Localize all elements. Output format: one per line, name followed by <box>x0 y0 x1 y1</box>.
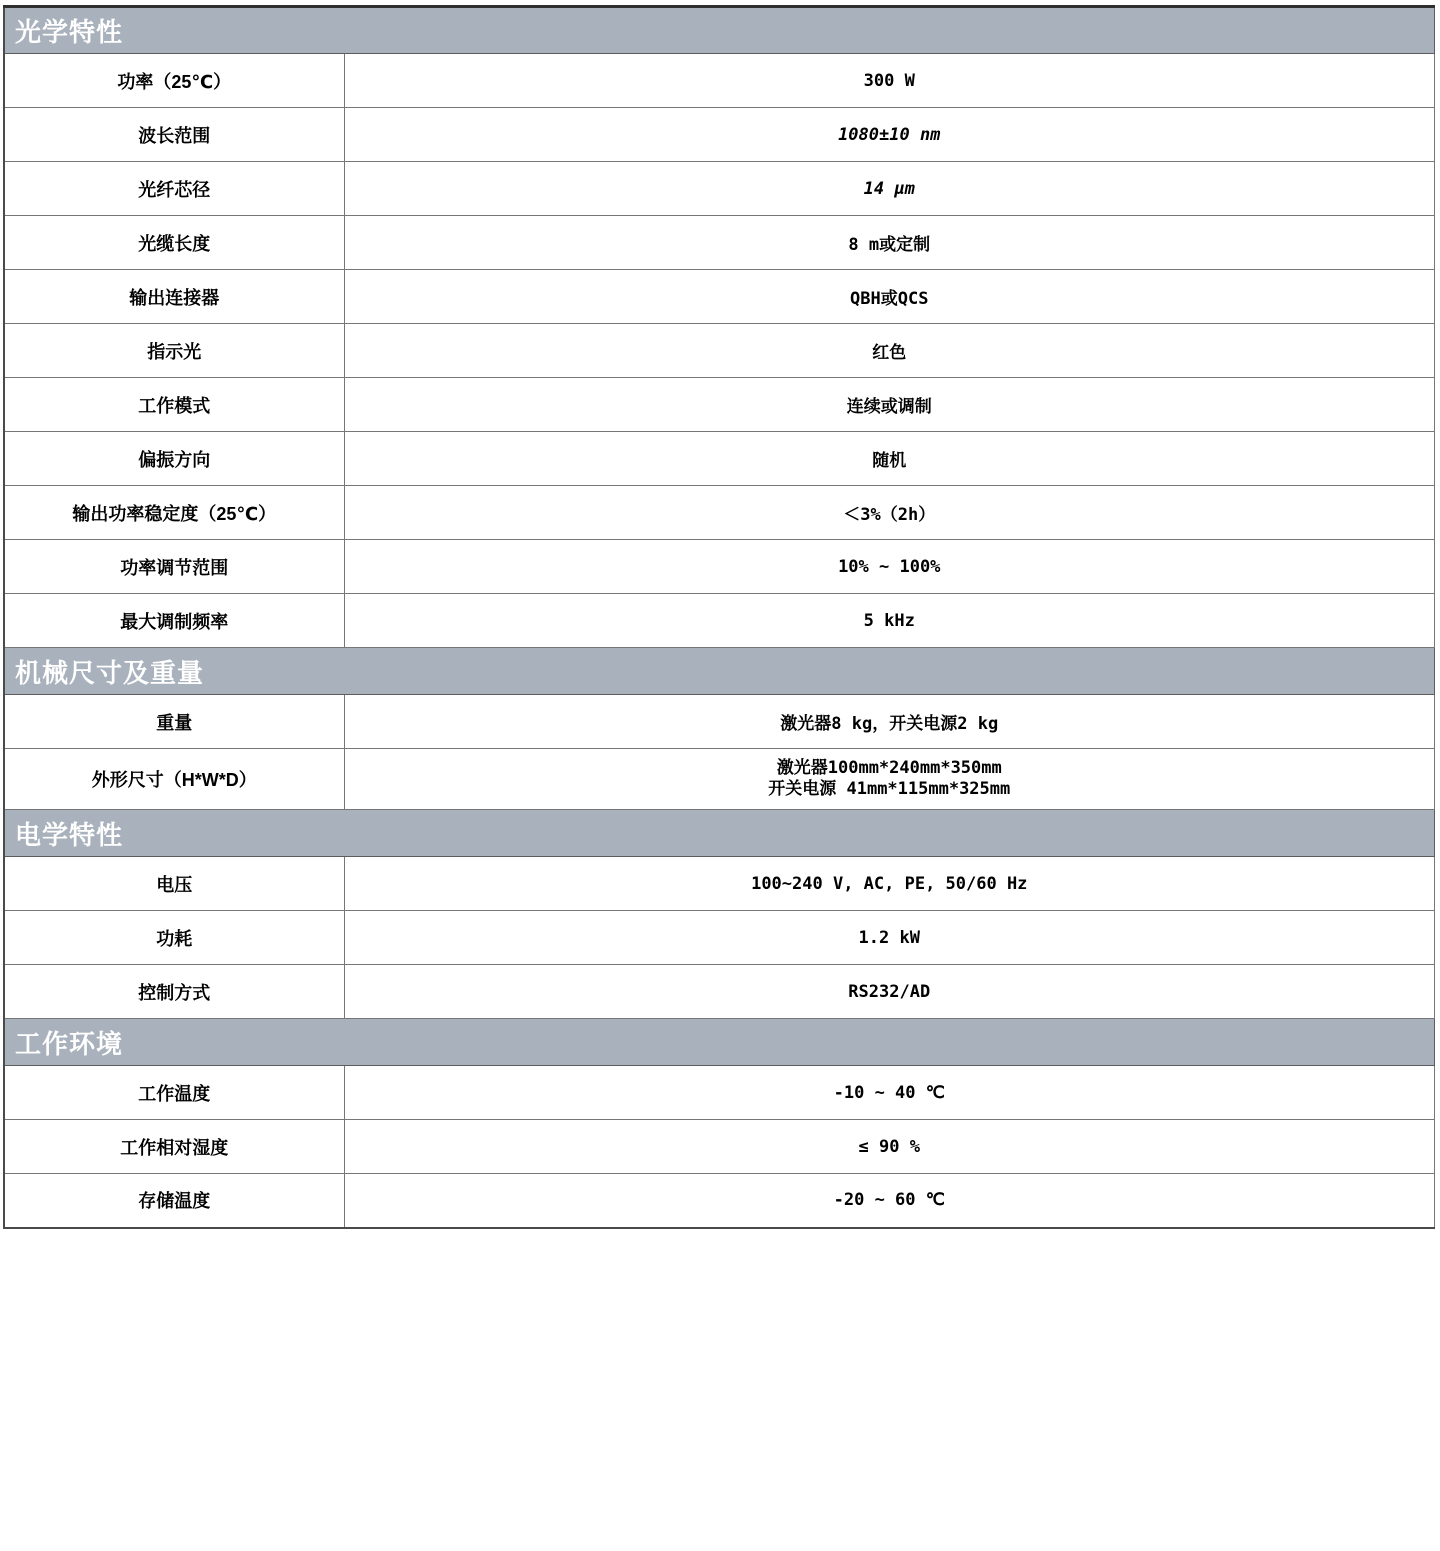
spec-value: ≤ 90 % <box>344 1120 1435 1174</box>
spec-value: RS232/AD <box>344 965 1435 1019</box>
spec-row: 工作温度-10 ~ 40 ℃ <box>4 1066 1435 1120</box>
spec-label: 功耗 <box>4 911 344 965</box>
spec-value-line: 激光器100mm*240mm*350mm <box>345 758 1435 779</box>
spec-value: 8 m或定制 <box>344 216 1435 270</box>
spec-row: 工作模式连续或调制 <box>4 378 1435 432</box>
spec-value: 5 kHz <box>344 594 1435 648</box>
spec-row: 外形尺寸（H*W*D）激光器100mm*240mm*350mm开关电源 41mm… <box>4 749 1435 810</box>
spec-value: 300 W <box>344 54 1435 108</box>
spec-row: 重量激光器8 kg，开关电源2 kg <box>4 695 1435 749</box>
spec-row: 指示光红色 <box>4 324 1435 378</box>
spec-value: 1.2 kW <box>344 911 1435 965</box>
spec-row: 波长范围1080±10 nm <box>4 108 1435 162</box>
spec-value: QBH或QCS <box>344 270 1435 324</box>
section-header: 机械尺寸及重量 <box>4 648 1435 695</box>
spec-value: 红色 <box>344 324 1435 378</box>
spec-label: 控制方式 <box>4 965 344 1019</box>
spec-label: 外形尺寸（H*W*D） <box>4 749 344 810</box>
spec-table-body: 光学特性功率（25℃）300 W波长范围1080±10 nm光纤芯径14 μm光… <box>4 7 1435 1228</box>
spec-label: 电压 <box>4 857 344 911</box>
spec-label: 偏振方向 <box>4 432 344 486</box>
section-row: 电学特性 <box>4 810 1435 857</box>
spec-row: 功耗1.2 kW <box>4 911 1435 965</box>
spec-value: 100~240 V, AC, PE, 50/60 Hz <box>344 857 1435 911</box>
section-header: 电学特性 <box>4 810 1435 857</box>
spec-row: 最大调制频率5 kHz <box>4 594 1435 648</box>
spec-row: 功率（25℃）300 W <box>4 54 1435 108</box>
spec-label: 功率（25℃） <box>4 54 344 108</box>
spec-row: 存储温度-20 ~ 60 ℃ <box>4 1174 1435 1228</box>
spec-label: 最大调制频率 <box>4 594 344 648</box>
spec-label: 输出功率稳定度（25℃） <box>4 486 344 540</box>
spec-row: 控制方式RS232/AD <box>4 965 1435 1019</box>
spec-label: 存储温度 <box>4 1174 344 1228</box>
spec-value: 激光器8 kg，开关电源2 kg <box>344 695 1435 749</box>
spec-label: 工作相对湿度 <box>4 1120 344 1174</box>
spec-value: 连续或调制 <box>344 378 1435 432</box>
spec-label: 功率调节范围 <box>4 540 344 594</box>
spec-label: 指示光 <box>4 324 344 378</box>
spec-row: 偏振方向随机 <box>4 432 1435 486</box>
spec-label: 重量 <box>4 695 344 749</box>
section-header: 光学特性 <box>4 7 1435 54</box>
spec-table: 光学特性功率（25℃）300 W波长范围1080±10 nm光纤芯径14 μm光… <box>3 5 1435 1229</box>
spec-row: 电压100~240 V, AC, PE, 50/60 Hz <box>4 857 1435 911</box>
section-row: 机械尺寸及重量 <box>4 648 1435 695</box>
section-header: 工作环境 <box>4 1019 1435 1066</box>
spec-row: 光缆长度8 m或定制 <box>4 216 1435 270</box>
section-row: 光学特性 <box>4 7 1435 54</box>
spec-row: 输出连接器QBH或QCS <box>4 270 1435 324</box>
spec-value: 激光器100mm*240mm*350mm开关电源 41mm*115mm*325m… <box>344 749 1435 810</box>
spec-value: ＜3%（2h） <box>344 486 1435 540</box>
spec-value: -20 ~ 60 ℃ <box>344 1174 1435 1228</box>
spec-value: 随机 <box>344 432 1435 486</box>
spec-row: 功率调节范围10% ~ 100% <box>4 540 1435 594</box>
section-row: 工作环境 <box>4 1019 1435 1066</box>
spec-label: 工作温度 <box>4 1066 344 1120</box>
spec-row: 工作相对湿度≤ 90 % <box>4 1120 1435 1174</box>
spec-label: 工作模式 <box>4 378 344 432</box>
spec-label: 波长范围 <box>4 108 344 162</box>
spec-row: 输出功率稳定度（25℃）＜3%（2h） <box>4 486 1435 540</box>
spec-value: 1080±10 nm <box>344 108 1435 162</box>
spec-value: 14 μm <box>344 162 1435 216</box>
spec-value: 10% ~ 100% <box>344 540 1435 594</box>
spec-sheet: 光学特性功率（25℃）300 W波长范围1080±10 nm光纤芯径14 μm光… <box>3 5 1435 1229</box>
spec-value: -10 ~ 40 ℃ <box>344 1066 1435 1120</box>
spec-label: 光纤芯径 <box>4 162 344 216</box>
spec-label: 输出连接器 <box>4 270 344 324</box>
spec-row: 光纤芯径14 μm <box>4 162 1435 216</box>
spec-value-line: 开关电源 41mm*115mm*325mm <box>345 779 1435 800</box>
spec-label: 光缆长度 <box>4 216 344 270</box>
